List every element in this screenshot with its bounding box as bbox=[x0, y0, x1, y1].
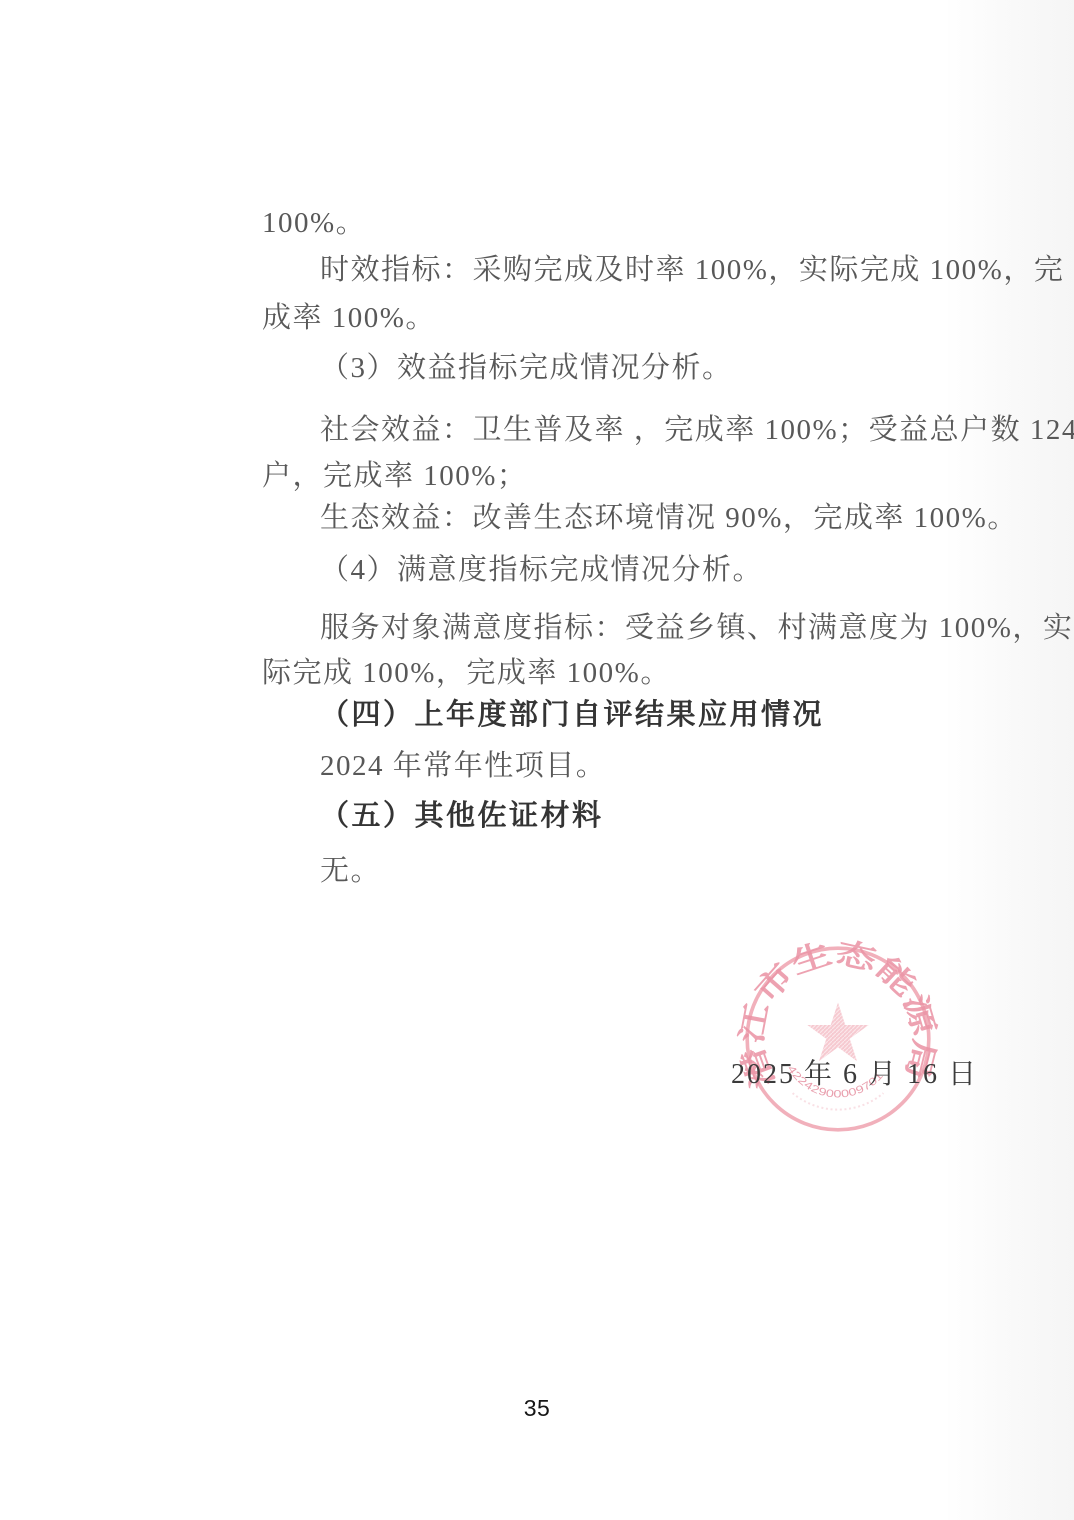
document-page: 100%。 时效指标：采购完成及时率 100%，实际完成 100%，完 成率 1… bbox=[0, 0, 1074, 1520]
official-seal-stamp: 潜江市生态能源局 42242900009701 bbox=[727, 928, 949, 1150]
doc-line: 生态效益：改善生态环境情况 90%，完成率 100%。 bbox=[262, 500, 1020, 536]
document-body: 100%。 时效指标：采购完成及时率 100%，实际完成 100%，完 成率 1… bbox=[262, 190, 962, 930]
doc-line: 100%。 bbox=[262, 205, 962, 241]
doc-line: 际完成 100%，完成率 100%。 bbox=[262, 655, 962, 691]
doc-heading-4: （四）上年度部门自评结果应用情况 bbox=[262, 697, 1020, 733]
doc-line: 2024 年常年性项目。 bbox=[262, 748, 1020, 784]
doc-heading-5: （五）其他佐证材料 bbox=[262, 798, 1020, 834]
doc-line: （4）满意度指标完成情况分析。 bbox=[262, 552, 1020, 588]
signature-date: 2025 年 6 月 16 日 bbox=[731, 1058, 978, 1092]
seal-star-icon bbox=[807, 1003, 868, 1061]
page-number: 35 bbox=[0, 1395, 1074, 1422]
doc-line: 无。 bbox=[262, 853, 1020, 889]
doc-line: （3）效益指标完成情况分析。 bbox=[262, 350, 1020, 386]
doc-line: 成率 100%。 bbox=[262, 300, 962, 336]
doc-line: 户，完成率 100%； bbox=[262, 458, 962, 494]
doc-line: 时效指标：采购完成及时率 100%，实际完成 100%，完 bbox=[262, 252, 1020, 288]
doc-line: 社会效益：卫生普及率 ，完成率 100%；受益总户数 1242 bbox=[262, 412, 1020, 448]
doc-line: 服务对象满意度指标：受益乡镇、村满意度为 100%，实 bbox=[262, 610, 1020, 646]
